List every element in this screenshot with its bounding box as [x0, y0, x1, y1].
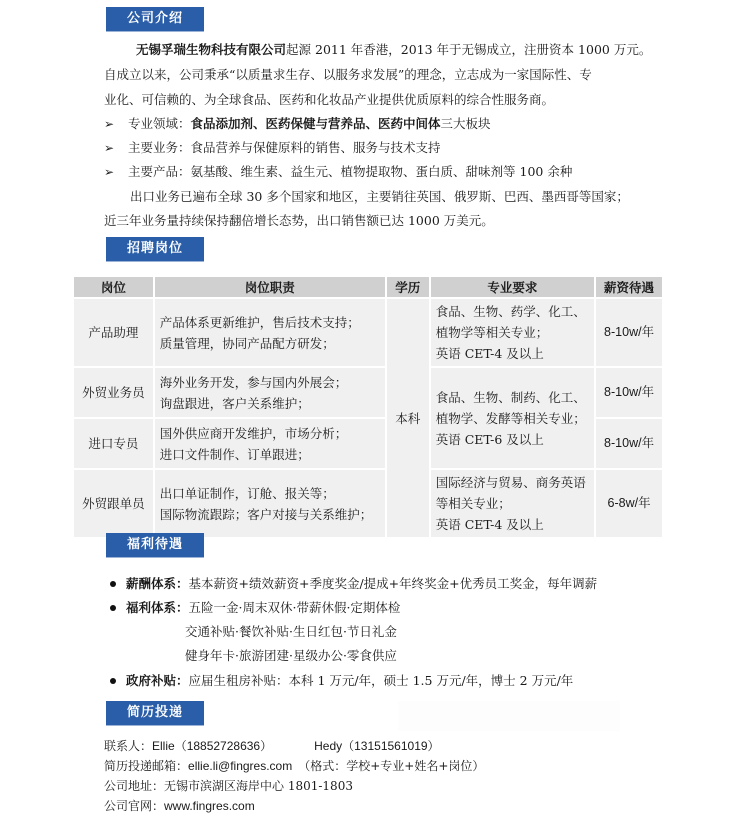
- export-line-1: 出口业务已遍布全球 30 多个国家和地区，主要销往英国、俄罗斯、巴西、墨西哥等国…: [130, 185, 690, 209]
- contact-address-line: 公司地址：无锡市滨湖区海岸中心 1801-1803: [104, 776, 353, 796]
- intro-bullet-fields: ➢专业领域：食品添加剂、医药保健与营养品、医药中间体三大板块: [104, 112, 664, 136]
- bullet-rest: 食品营养与保健原料的销售、服务与技术支持: [191, 140, 441, 155]
- salary-cell: 8-10w/年: [596, 368, 662, 417]
- education-cell: 本科: [387, 299, 429, 537]
- benefit-text: 应届生租房补贴：本科 1 万元/年，硕士 1.5 万元/年，博士 2 万元/年: [189, 673, 574, 688]
- contact-ellie: Ellie（18852728636）: [152, 739, 272, 753]
- bullet-label: 主要业务：: [128, 140, 191, 155]
- bullet-rest: 三大板块: [441, 116, 491, 131]
- intro-bullet-products: ➢主要产品：氨基酸、维生素、益生元、植物提取物、蛋白质、甜味剂等 100 余种: [104, 160, 664, 184]
- intro-bullet-business: ➢主要业务：食品营养与保健原料的销售、服务与技术支持: [104, 136, 664, 160]
- requirements-cell: 国际经济与贸易、商务英语等相关专业；英语 CET-4 及以上: [431, 470, 594, 537]
- website-label: 公司官网：: [104, 799, 164, 813]
- duty-line: 产品体系更新维护，售后技术支持；: [160, 312, 380, 333]
- duties-cell: 产品体系更新维护，售后技术支持；质量管理，协同产品配方研发；: [155, 299, 385, 366]
- benefit-subsidy: 政府补贴：应届生租房补贴：本科 1 万元/年，硕士 1.5 万元/年，博士 2 …: [108, 669, 573, 693]
- benefit-label: 薪酬体系：: [126, 576, 189, 591]
- bullet-label: 专业领域：: [128, 116, 191, 131]
- benefit-text: 基本薪资+绩效薪资+季度奖金/提成+年终奖金+优秀员工奖金，每年调薪: [189, 576, 598, 591]
- table-row: 产品助理 产品体系更新维护，售后技术支持；质量管理，协同产品配方研发； 本科 食…: [74, 299, 662, 366]
- req-line: 食品、生物、制药、化工、: [436, 387, 589, 408]
- intro-line-3: 业化、可信赖的、为全球食品、医药和化妆品产业提供优质原料的综合性服务商。: [104, 88, 664, 112]
- arrow-bullet-icon: ➢: [104, 112, 128, 136]
- arrow-bullet-icon: ➢: [104, 160, 128, 184]
- email-label: 简历投递邮箱：: [104, 759, 188, 773]
- position-cell: 产品助理: [74, 299, 153, 366]
- duty-line: 海外业务开发，参与国内外展会；: [160, 372, 380, 393]
- duty-line: 质量管理，协同产品配方研发；: [160, 333, 380, 354]
- header-duties: 岗位职责: [155, 277, 385, 297]
- benefit-label: 政府补贴：: [126, 673, 189, 688]
- export-line-2: 近三年业务量持续保持翻倍增长态势，出口销售额已达 1000 万美元。: [104, 209, 664, 233]
- benefit-welfare-line-3: 健身年卡·旅游团建·星级办公·零食供应: [185, 644, 397, 668]
- position-cell: 外贸跟单员: [74, 470, 153, 537]
- table-row: 外贸业务员 海外业务开发，参与国内外展会；询盘跟进，客户关系维护； 食品、生物、…: [74, 368, 662, 417]
- bullet-dot-icon: [110, 678, 116, 684]
- section-header-intro: 公司介绍: [106, 7, 204, 31]
- email-format-note: （格式：学校+专业+姓名+岗位）: [298, 759, 484, 773]
- req-line: 国际经济与贸易、商务英语: [436, 472, 589, 493]
- req-line: 植物学等相关专业；: [436, 322, 589, 343]
- intro-line-1-text: 起源 2011 年香港，2013 年于无锡成立，注册资本 1000 万元。: [286, 42, 651, 57]
- salary-cell: 8-10w/年: [596, 299, 662, 366]
- benefit-welfare-line-2: 交通补贴·餐饮补贴·生日红包·节日礼金: [185, 620, 397, 644]
- section-header-benefits: 福利待遇: [106, 533, 204, 557]
- intro-line-2: 自成立以来，公司秉承“以质量求生存、以服务求发展”的理念，立志成为一家国际性、专: [104, 63, 664, 87]
- requirements-cell: 食品、生物、制药、化工、植物学、发酵等相关专业；英语 CET-6 及以上: [431, 368, 594, 468]
- arrow-bullet-icon: ➢: [104, 136, 128, 160]
- duty-line: 国外供应商开发维护，市场分析；: [160, 423, 380, 444]
- req-line: 食品、生物、药学、化工、: [436, 301, 589, 322]
- benefit-welfare: 福利体系：五险一金·周末双休·带薪休假·定期体检: [108, 596, 400, 620]
- salary-cell: 6-8w/年: [596, 470, 662, 537]
- email-link[interactable]: ellie.li@fingres.com: [188, 759, 292, 773]
- contact-hedy: Hedy（13151561019）: [314, 736, 439, 756]
- table-header-row: 岗位 岗位职责 学历 专业要求 薪资待遇: [74, 277, 662, 297]
- duties-cell: 国外供应商开发维护，市场分析；进口文件制作、订单跟进；: [155, 419, 385, 468]
- duty-line: 进口文件制作、订单跟进；: [160, 444, 380, 465]
- intro-line-1: 无锡孚瑞生物科技有限公司起源 2011 年香港，2013 年于无锡成立，注册资本…: [136, 38, 696, 62]
- contact-persons: 联系人：Ellie（18852728636）Hedy（13151561019）: [104, 736, 440, 756]
- bullet-bold: 食品添加剂、医药保健与营养品、医药中间体: [191, 116, 441, 131]
- duty-line: 询盘跟进，客户关系维护；: [160, 393, 380, 414]
- address-label: 公司地址：: [104, 779, 164, 793]
- header-salary: 薪资待遇: [596, 277, 662, 297]
- duty-line: 出口单证制作，订舱、报关等；: [160, 483, 380, 504]
- section-header-resume: 简历投递: [106, 701, 204, 725]
- contacts-label: 联系人：: [104, 739, 152, 753]
- req-line: 等相关专业；: [436, 493, 589, 514]
- duties-cell: 海外业务开发，参与国内外展会；询盘跟进，客户关系维护；: [155, 368, 385, 417]
- bullet-rest: 氨基酸、维生素、益生元、植物提取物、蛋白质、甜味剂等 100 余种: [191, 164, 573, 179]
- benefit-salary: 薪酬体系：基本薪资+绩效薪资+季度奖金/提成+年终奖金+优秀员工奖金，每年调薪: [108, 572, 597, 596]
- duty-line: 国际物流跟踪；客户对接与关系维护；: [160, 504, 380, 525]
- section-header-jobs: 招聘岗位: [106, 237, 204, 261]
- header-education: 学历: [387, 277, 429, 297]
- address-text: 无锡市滨湖区海岸中心 1801-1803: [164, 779, 353, 793]
- req-line: 英语 CET-6 及以上: [436, 429, 589, 450]
- req-line: 植物学、发酵等相关专业；: [436, 408, 589, 429]
- table-row: 外贸跟单员 出口单证制作，订舱、报关等；国际物流跟踪；客户对接与关系维护； 国际…: [74, 470, 662, 537]
- contact-email-line: 简历投递邮箱：ellie.li@fingres.com（格式：学校+专业+姓名+…: [104, 756, 484, 776]
- duties-cell: 出口单证制作，订舱、报关等；国际物流跟踪；客户对接与关系维护；: [155, 470, 385, 537]
- benefit-label: 福利体系：: [126, 600, 189, 615]
- bullet-dot-icon: [110, 581, 116, 587]
- position-cell: 外贸业务员: [74, 368, 153, 417]
- salary-cell: 8-10w/年: [596, 419, 662, 468]
- position-cell: 进口专员: [74, 419, 153, 468]
- bullet-label: 主要产品：: [128, 164, 191, 179]
- bullet-dot-icon: [110, 605, 116, 611]
- req-line: 英语 CET-4 及以上: [436, 343, 589, 364]
- website-link[interactable]: www.fingres.com: [164, 799, 255, 813]
- contact-website-line: 公司官网：www.fingres.com: [104, 796, 255, 816]
- header-position: 岗位: [74, 277, 153, 297]
- company-name: 无锡孚瑞生物科技有限公司: [136, 42, 286, 57]
- faded-background-box: [398, 701, 620, 731]
- jobs-table: 岗位 岗位职责 学历 专业要求 薪资待遇 产品助理 产品体系更新维护，售后技术支…: [72, 275, 664, 539]
- header-requirements: 专业要求: [431, 277, 594, 297]
- req-line: 英语 CET-4 及以上: [436, 514, 589, 535]
- benefit-text: 五险一金·周末双休·带薪休假·定期体检: [189, 600, 401, 615]
- requirements-cell: 食品、生物、药学、化工、植物学等相关专业；英语 CET-4 及以上: [431, 299, 594, 366]
